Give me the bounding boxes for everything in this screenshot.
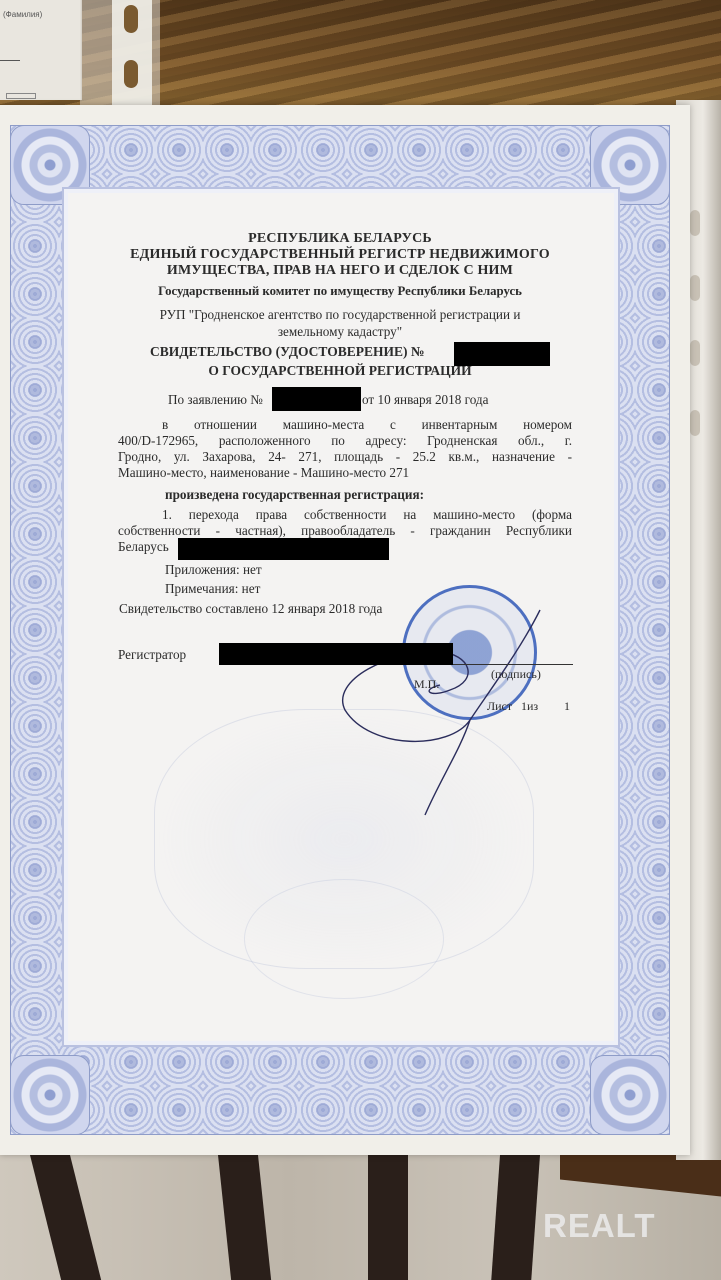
header-agency-line2: земельному кадастру" xyxy=(60,324,620,340)
punch-hole-icon xyxy=(690,210,700,236)
background-paper-label: (Фамилия) xyxy=(3,10,42,19)
chair-leg xyxy=(368,1155,408,1280)
sheet-label: Лист xyxy=(487,699,512,714)
sheet-of: из xyxy=(527,699,538,714)
header-committee: Государственный комитет по имуществу Рес… xyxy=(60,284,620,299)
notes: Примечания: нет xyxy=(165,581,260,597)
registrar-label: Регистратор xyxy=(118,647,186,663)
background-paper: (Фамилия) xyxy=(0,0,82,100)
punch-hole-icon xyxy=(690,340,700,366)
punch-hole-icon xyxy=(124,60,138,88)
registration-item-line1: 1. перехода права собственности на машин… xyxy=(162,507,572,523)
punch-hole-icon xyxy=(690,275,700,301)
certificate-text: РЕСПУБЛИКА БЕЛАРУСЬ ЕДИНЫЙ ГОСУДАРСТВЕНН… xyxy=(0,105,690,1155)
application-prefix: По заявлению № xyxy=(168,392,263,408)
punch-hole-icon xyxy=(124,5,138,33)
header-register-line1: ЕДИНЫЙ ГОСУДАРСТВЕННЫЙ РЕГИСТР НЕДВИЖИМО… xyxy=(60,247,620,263)
title-line1: СВИДЕТЕЛЬСТВО (УДОСТОВЕРЕНИЕ) № xyxy=(150,344,424,360)
background-paper-stamp xyxy=(6,93,36,99)
registration-item-line2: собственности - частная), правообладател… xyxy=(118,523,572,539)
object-line4: Машино-место, наименование - Машино-мест… xyxy=(118,465,409,481)
header-country: РЕСПУБЛИКА БЕЛАРУСЬ xyxy=(60,231,620,247)
certificate-sheet: Гознак 2017 г. 100 000 экз. РЕСПУБЛИКА Б… xyxy=(0,105,690,1155)
seal-caption: М.П. xyxy=(414,677,439,692)
object-line2: 400/D-172965, расположенного по адресу: … xyxy=(118,433,572,449)
object-line1: в отношении машино-места с инвентарным н… xyxy=(162,417,572,433)
redacted-registrar-name xyxy=(219,643,453,665)
registration-heading: произведена государственная регистрация: xyxy=(165,487,424,503)
realt-watermark-logo: REALT xyxy=(543,1207,656,1245)
attachments: Приложения: нет xyxy=(165,562,262,578)
sheet-total: 1 xyxy=(564,699,570,714)
application-date: от 10 января 2018 года xyxy=(362,392,488,408)
signature-line xyxy=(453,664,573,665)
punch-hole-icon xyxy=(690,410,700,436)
title-line2: О ГОСУДАРСТВЕННОЙ РЕГИСТРАЦИИ xyxy=(60,363,620,379)
sheet-protector-punch-strip xyxy=(112,0,152,105)
background-paper-rule xyxy=(0,60,20,61)
redacted-application-number xyxy=(272,387,361,411)
registration-item-line3: Беларусь xyxy=(118,539,169,555)
redacted-owner-name xyxy=(178,538,389,560)
object-line3: Гродно, ул. Захарова, 24- 271, площадь -… xyxy=(118,449,572,465)
header-agency-line1: РУП "Гродненское агентство по государств… xyxy=(60,307,620,323)
signature-caption: (подпись) xyxy=(491,667,541,682)
header-register-line2: ИМУЩЕСТВА, ПРАВ НА НЕГО И СДЕЛОК С НИМ xyxy=(60,263,620,279)
